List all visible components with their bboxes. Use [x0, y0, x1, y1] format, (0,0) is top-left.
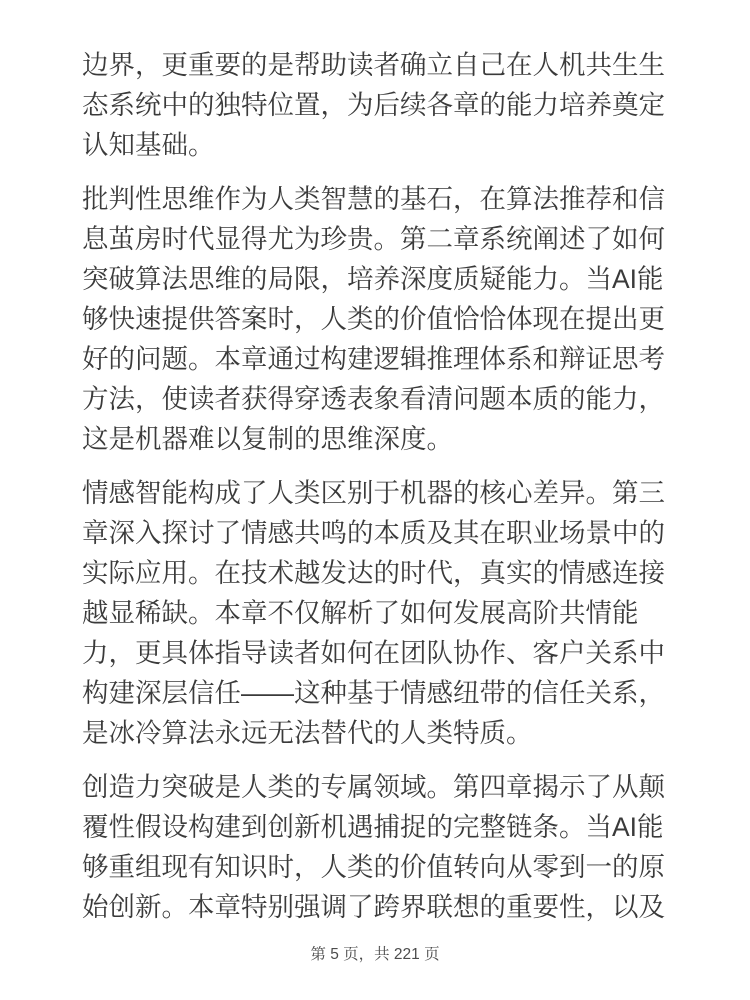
body-paragraph-3: 情感智能构成了人类区别于机器的核心差异。第三章深入探讨了情感共鸣的本质及其在职业… [82, 473, 670, 753]
document-page: 边界，更重要的是帮助读者确立自己在人机共生生态系统中的独特位置，为后续各章的能力… [0, 0, 750, 1000]
body-paragraph-1: 边界，更重要的是帮助读者确立自己在人机共生生态系统中的独特位置，为后续各章的能力… [82, 45, 670, 165]
page-footer: 第 5 页，共 221 页 [0, 945, 750, 965]
body-paragraph-4: 创造力突破是人类的专属领域。第四章揭示了从颠覆性假设构建到创新机遇捕捉的完整链条… [82, 767, 670, 927]
page-indicator: 第 5 页，共 221 页 [310, 946, 439, 963]
page-content: 边界，更重要的是帮助读者确立自己在人机共生生态系统中的独特位置，为后续各章的能力… [82, 45, 670, 941]
body-paragraph-2: 批判性思维作为人类智慧的基石，在算法推荐和信息茧房时代显得尤为珍贵。第二章系统阐… [82, 179, 670, 459]
